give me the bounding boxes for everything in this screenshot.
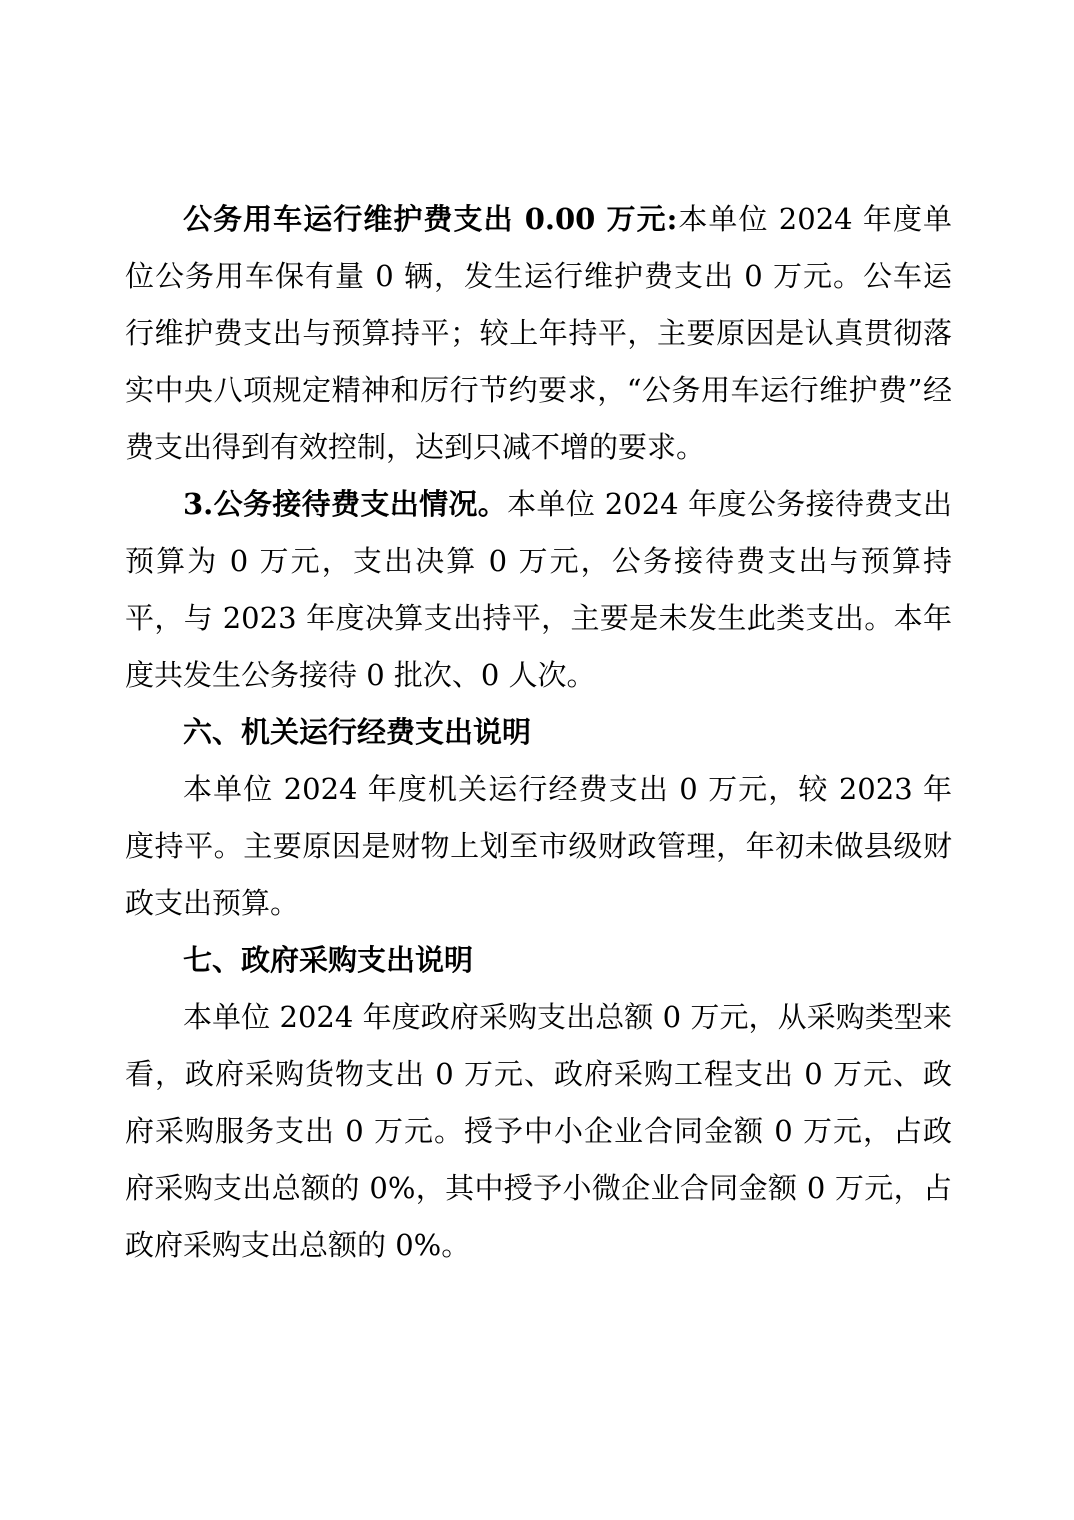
heading-government-procurement: 七、政府采购支出说明 bbox=[125, 932, 952, 989]
paragraph-agency-operating-expenses: 本单位 2024 年度机关运行经费支出 0 万元，较 2023 年度持平。主要原… bbox=[125, 761, 952, 932]
document-page: 公务用车运行维护费支出 0.00 万元:本单位 2024 年度单位公务用车保有量… bbox=[0, 0, 1074, 1520]
paragraph-agency-operating-expenses-text: 本单位 2024 年度机关运行经费支出 0 万元，较 2023 年度持平。主要原… bbox=[125, 772, 952, 920]
paragraph-vehicle-maintenance: 公务用车运行维护费支出 0.00 万元:本单位 2024 年度单位公务用车保有量… bbox=[125, 191, 952, 476]
paragraph-government-procurement-text: 本单位 2024 年度政府采购支出总额 0 万元，从采购类型来看，政府采购货物支… bbox=[125, 1000, 952, 1262]
paragraph-vehicle-maintenance-lead: 公务用车运行维护费支出 0.00 万元: bbox=[183, 202, 677, 236]
heading-agency-operating-expenses: 六、机关运行经费支出说明 bbox=[125, 704, 952, 761]
paragraph-government-procurement: 本单位 2024 年度政府采购支出总额 0 万元，从采购类型来看，政府采购货物支… bbox=[125, 989, 952, 1274]
paragraph-vehicle-maintenance-text: 本单位 2024 年度单位公务用车保有量 0 辆，发生运行维护费支出 0 万元。… bbox=[125, 202, 952, 464]
paragraph-official-reception: 3.公务接待费支出情况。本单位 2024 年度公务接待费支出预算为 0 万元，支… bbox=[125, 476, 952, 704]
paragraph-official-reception-lead: 3.公务接待费支出情况。 bbox=[183, 487, 507, 521]
